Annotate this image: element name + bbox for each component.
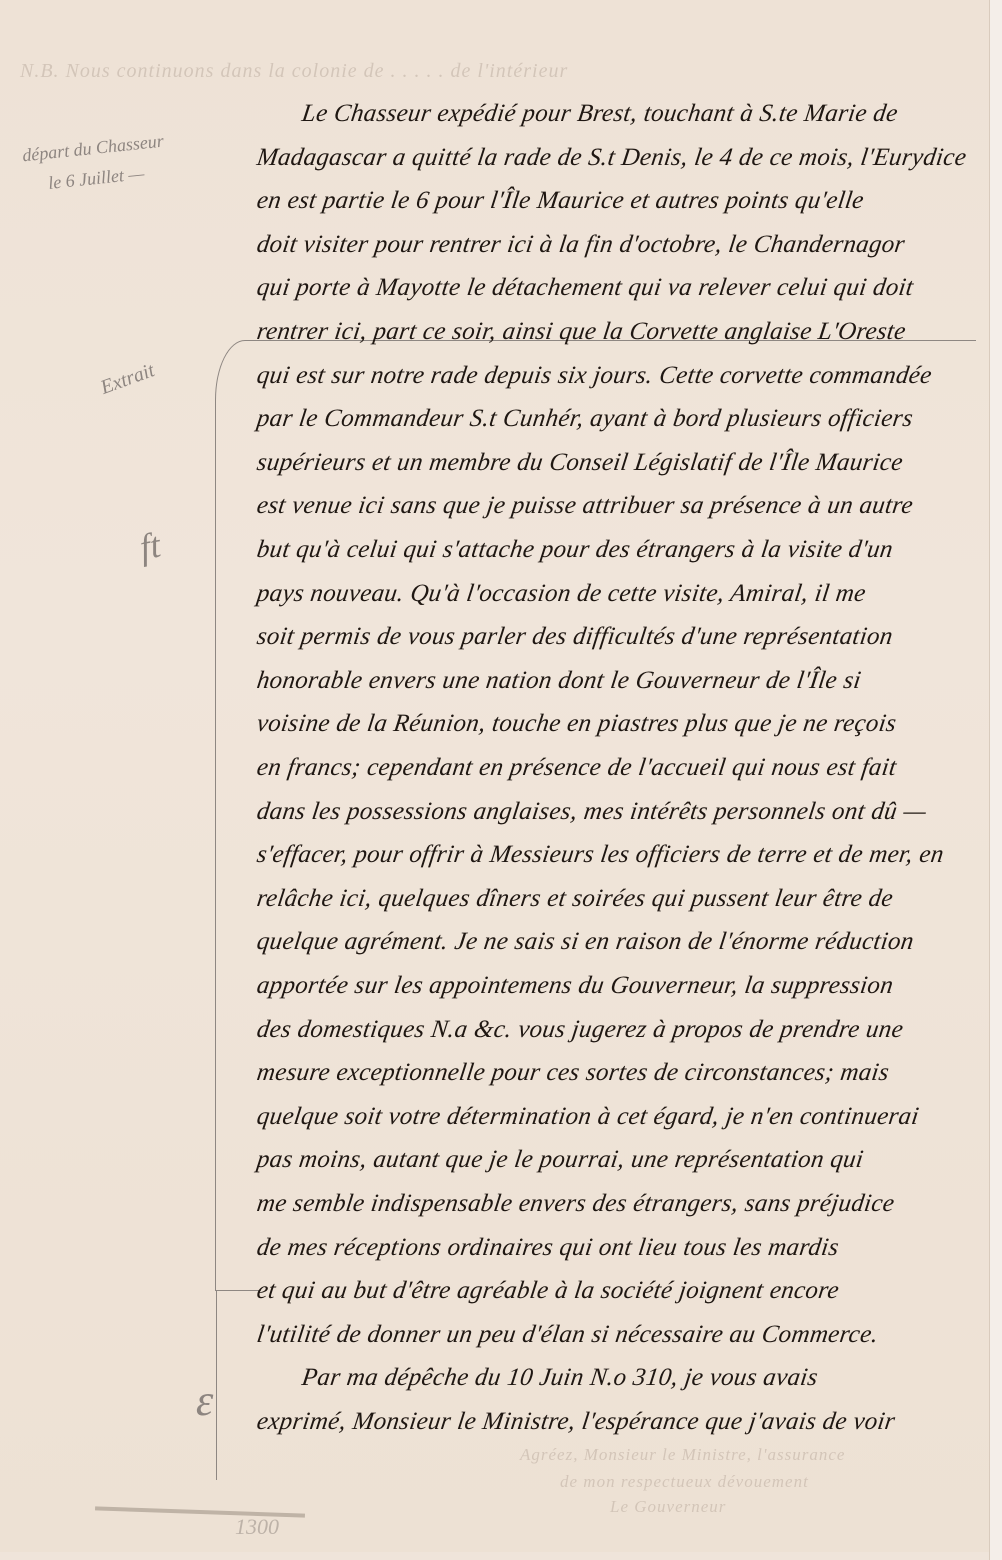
text-line: Le Chasseur expédié pour Brest, touchant… bbox=[300, 100, 990, 128]
margin-note-depart-2: le 6 Juillet — bbox=[47, 163, 145, 194]
pencil-bracket-tail bbox=[216, 1290, 217, 1480]
archive-stamp: 1300 bbox=[95, 1500, 335, 1550]
pencil-bracket-foot bbox=[216, 1290, 261, 1291]
bleed-through-top: N.B. Nous continuons dans la colonie de … bbox=[20, 60, 568, 83]
margin-note-initials: ft bbox=[137, 524, 164, 569]
bleed-through-bottom-1: Agréez, Monsieur le Ministre, l'assuranc… bbox=[520, 1445, 845, 1465]
text-line: quelque agrément. Je ne sais si en raiso… bbox=[255, 928, 979, 956]
page-edge bbox=[989, 0, 1002, 1560]
text-line: but qu'à celui qui s'attache pour des ét… bbox=[255, 536, 979, 564]
text-line: Par ma dépêche du 10 Juin N.o 310, je vo… bbox=[300, 1364, 990, 1392]
text-line: des domestiques N.a &c. vous jugerez à p… bbox=[255, 1016, 979, 1044]
stamp-number: 1300 bbox=[235, 1514, 279, 1540]
text-line: doit visiter pour rentrer ici à la fin d… bbox=[255, 231, 979, 259]
bleed-through-bottom-2: de mon respectueux dévouement bbox=[560, 1472, 809, 1492]
text-line: mesure exceptionnelle pour ces sortes de… bbox=[255, 1059, 979, 1087]
text-line: en francs; cependant en présence de l'ac… bbox=[255, 754, 979, 782]
text-line: par le Commandeur S.t Cunhér, ayant à bo… bbox=[255, 405, 979, 433]
text-line: pays nouveau. Qu'à l'occasion de cette v… bbox=[255, 580, 979, 608]
text-line: rentrer ici, part ce soir, ainsi que la … bbox=[255, 318, 979, 346]
text-line: relâche ici, quelques dîners et soirées … bbox=[255, 885, 979, 913]
text-line: apportée sur les appointemens du Gouvern… bbox=[255, 972, 979, 1000]
margin-note-scribble: ɛ bbox=[196, 1375, 213, 1426]
text-line: dans les possessions anglaises, mes inté… bbox=[255, 798, 979, 826]
text-line: soit permis de vous parler des difficult… bbox=[255, 623, 979, 651]
margin-note-depart-1: départ du Chasseur bbox=[21, 131, 164, 167]
text-line: l'utilité de donner un peu d'élan si néc… bbox=[255, 1321, 979, 1349]
text-line: pas moins, autant que je le pourrai, une… bbox=[255, 1146, 979, 1174]
text-line: qui est sur notre rade depuis six jours.… bbox=[255, 362, 979, 390]
text-line: supérieurs et un membre du Conseil Légis… bbox=[255, 449, 979, 477]
text-line: de mes réceptions ordinaires qui ont lie… bbox=[255, 1234, 979, 1262]
text-line: exprimé, Monsieur le Ministre, l'espéran… bbox=[255, 1408, 979, 1436]
text-line: qui porte à Mayotte le détachement qui v… bbox=[255, 274, 979, 302]
text-line: en est partie le 6 pour l'Île Maurice et… bbox=[255, 187, 979, 215]
text-line: Madagascar a quitté la rade de S.t Denis… bbox=[255, 144, 979, 172]
text-line: est venue ici sans que je puisse attribu… bbox=[255, 492, 979, 520]
text-line: honorable envers une nation dont le Gouv… bbox=[255, 667, 979, 695]
manuscript-page: N.B. Nous continuons dans la colonie de … bbox=[0, 0, 990, 1552]
margin-note-extrait: Extrait bbox=[98, 359, 158, 400]
text-line: s'effacer, pour offrir à Messieurs les o… bbox=[255, 841, 979, 869]
text-line: quelque soit votre détermination à cet é… bbox=[255, 1103, 979, 1131]
bleed-through-bottom-3: Le Gouverneur bbox=[610, 1497, 726, 1517]
text-line: me semble indispensable envers des étran… bbox=[255, 1190, 979, 1218]
text-line: voisine de la Réunion, touche en piastre… bbox=[255, 710, 979, 738]
text-line: et qui au but d'être agréable à la socié… bbox=[255, 1277, 979, 1305]
